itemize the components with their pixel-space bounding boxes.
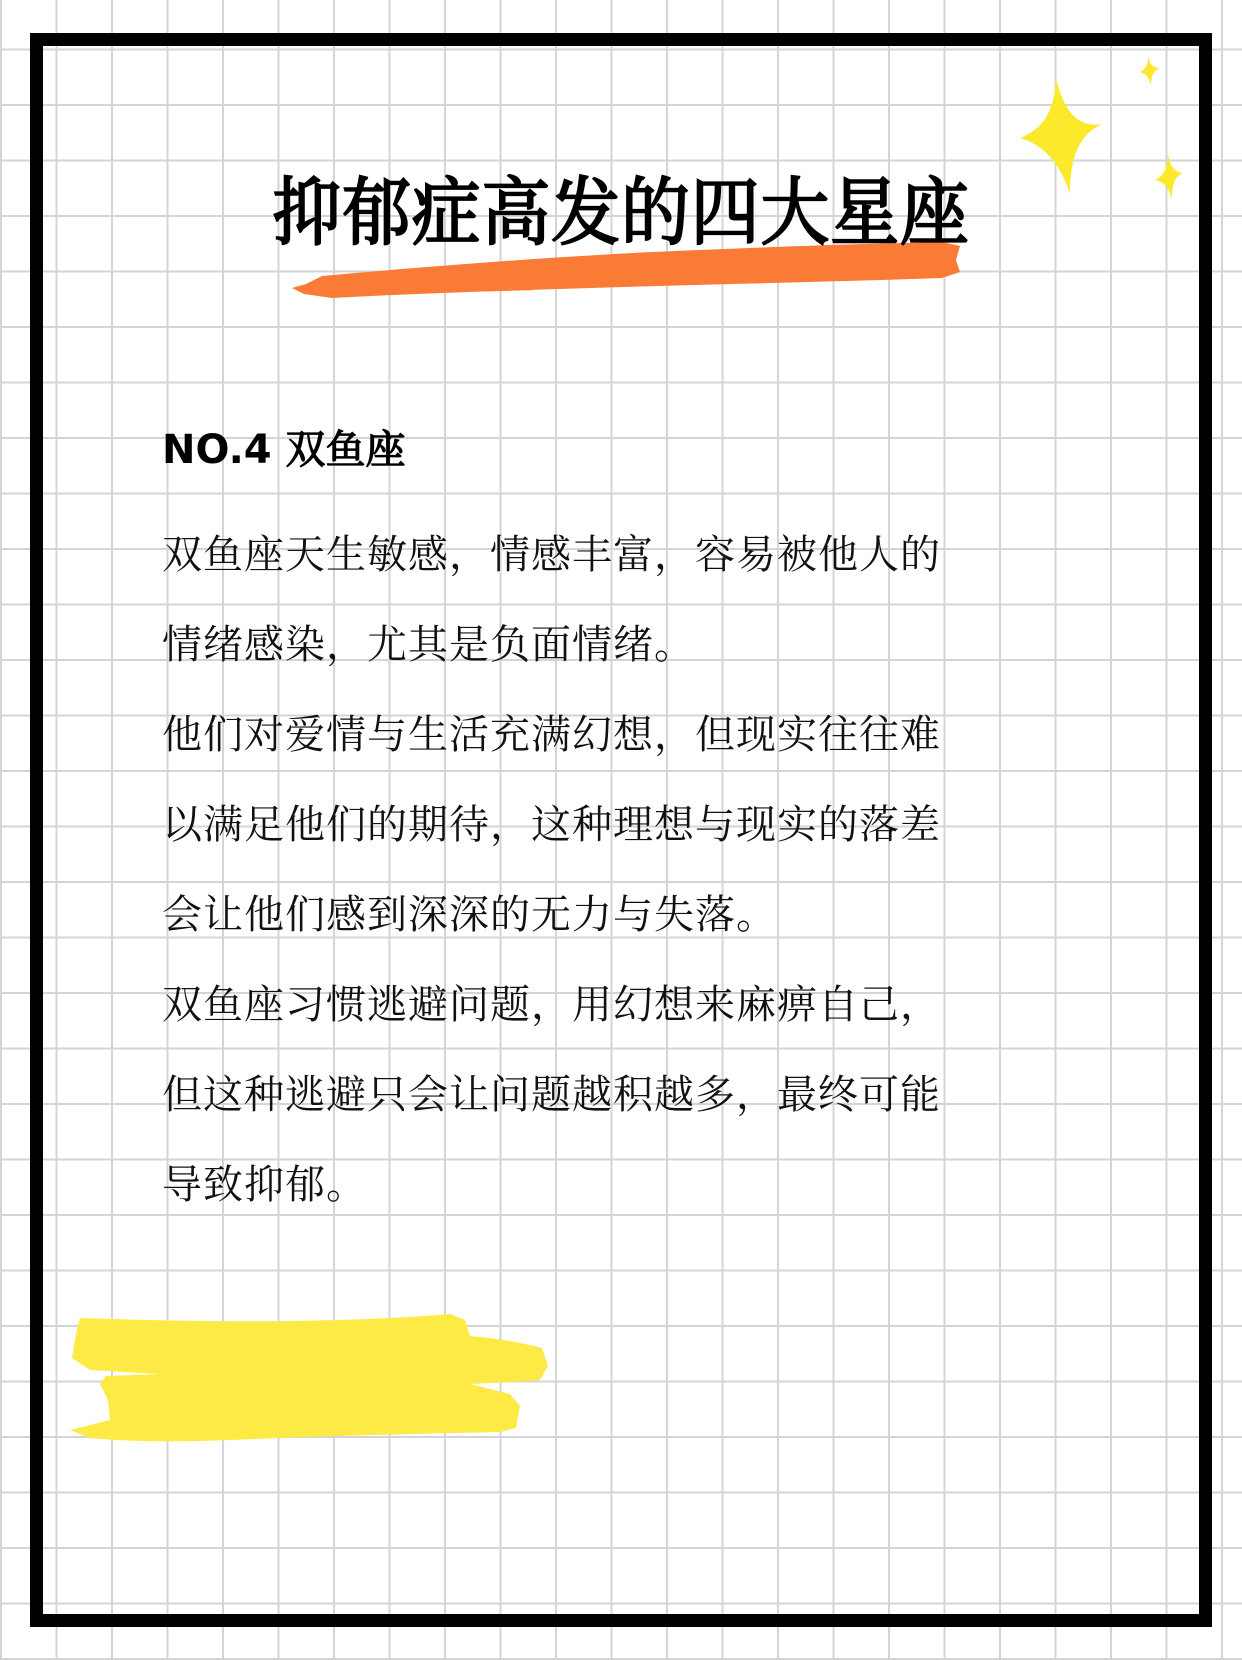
article-body: NO.4 双鱼座 双鱼座天生敏感，情感丰富，容易被他人的 情绪感染，尤其是负面情…: [162, 420, 1082, 1230]
paragraph-1: 双鱼座天生敏感，情感丰富，容易被他人的 情绪感染，尤其是负面情绪。: [162, 510, 1082, 690]
highlight-brush: [70, 1310, 550, 1460]
section-heading: NO.4 双鱼座: [162, 420, 1082, 480]
paragraph-line: 双鱼座天生敏感，情感丰富，容易被他人的: [162, 510, 1082, 600]
paragraph-line: 以满足他们的期待，这种理想与现实的落差: [162, 780, 1082, 870]
paragraph-line: 但这种逃避只会让问题越积越多，最终可能: [162, 1050, 1082, 1140]
paragraph-line: 双鱼座习惯逃避问题，用幻想来麻痹自己，: [162, 960, 1082, 1050]
paragraph-3: 双鱼座习惯逃避问题，用幻想来麻痹自己， 但这种逃避只会让问题越积越多，最终可能 …: [162, 960, 1082, 1230]
paragraph-line: 他们对爱情与生活充满幻想，但现实往往难: [162, 690, 1082, 780]
paragraph-line: 会让他们感到深深的无力与失落。: [162, 870, 1082, 960]
sparkle-small-top-icon: [1139, 55, 1161, 87]
paragraph-line: 情绪感染，尤其是负面情绪。: [162, 600, 1082, 690]
paragraph-line: 导致抑郁。: [162, 1140, 1082, 1230]
paragraph-2: 他们对爱情与生活充满幻想，但现实往往难 以满足他们的期待，这种理想与现实的落差 …: [162, 690, 1082, 960]
page-title: 抑郁症高发的四大星座: [43, 168, 1198, 258]
